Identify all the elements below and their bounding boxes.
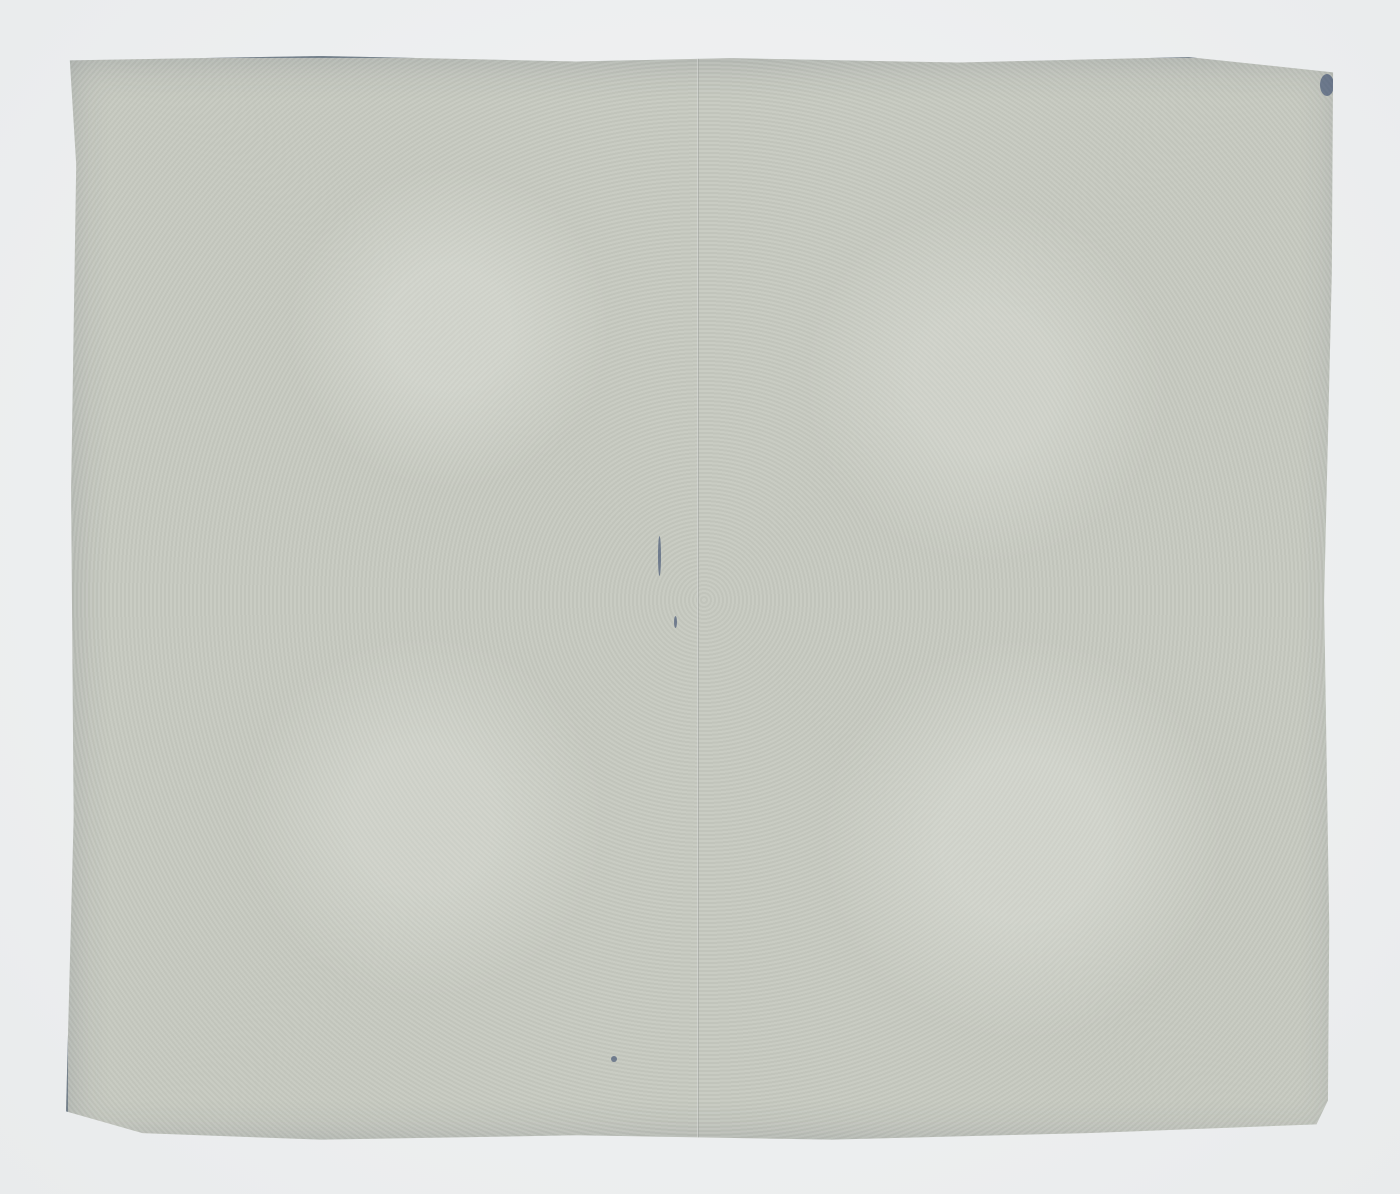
ink-mark [611, 1056, 617, 1062]
ink-mark [674, 616, 677, 628]
sheet-edge [66, 56, 1342, 1144]
ink-stain [1320, 74, 1334, 96]
ink-mark [658, 536, 661, 576]
center-fold [697, 56, 699, 1144]
paper-sheet [66, 56, 1342, 1144]
